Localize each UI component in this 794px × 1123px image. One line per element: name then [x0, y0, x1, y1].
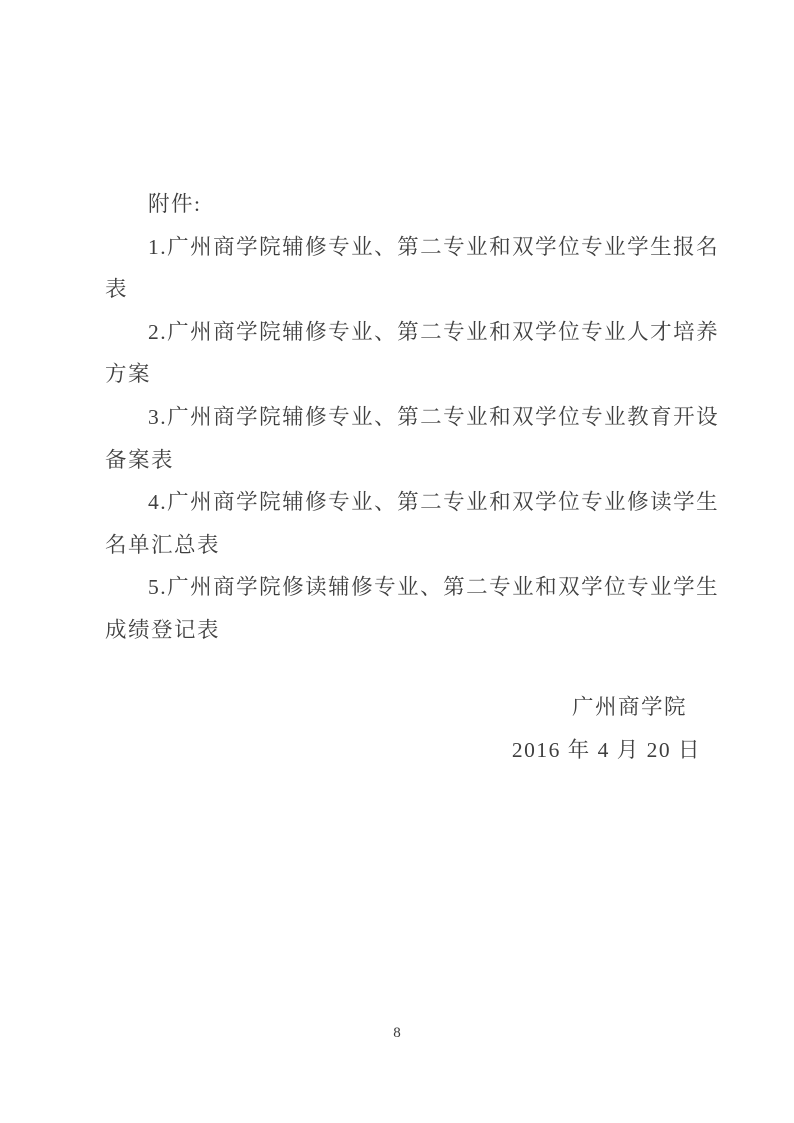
- issue-date: 2016 年 4 月 20 日: [105, 729, 701, 772]
- document-page: 附件: 1.广州商学院辅修专业、第二专业和双学位专业学生报名 表 2.广州商学院…: [0, 0, 794, 1123]
- signature-block: 广州商学院 2016 年 4 月 20 日: [105, 686, 701, 771]
- attachment-item-2-line-2: 方案: [105, 353, 705, 396]
- attachment-item-5-line-2: 成绩登记表: [105, 609, 705, 652]
- issuer-name: 广州商学院: [105, 686, 701, 729]
- attachment-item-4-line-2: 名单汇总表: [105, 524, 705, 567]
- attachment-item-2-line-1: 2.广州商学院辅修专业、第二专业和双学位专业人才培养: [105, 311, 705, 354]
- attachments-section: 附件: 1.广州商学院辅修专业、第二专业和双学位专业学生报名 表 2.广州商学院…: [105, 183, 705, 652]
- attachment-item-3-line-2: 备案表: [105, 439, 705, 482]
- attachment-item-1-line-2: 表: [105, 268, 705, 311]
- attachment-item-1-line-1: 1.广州商学院辅修专业、第二专业和双学位专业学生报名: [105, 226, 705, 269]
- page-number: 8: [0, 1022, 794, 1044]
- attachment-item-3-line-1: 3.广州商学院辅修专业、第二专业和双学位专业教育开设: [105, 396, 705, 439]
- attachment-item-5-line-1: 5.广州商学院修读辅修专业、第二专业和双学位专业学生: [105, 566, 705, 609]
- attachments-label: 附件:: [105, 183, 705, 226]
- attachment-item-4-line-1: 4.广州商学院辅修专业、第二专业和双学位专业修读学生: [105, 481, 705, 524]
